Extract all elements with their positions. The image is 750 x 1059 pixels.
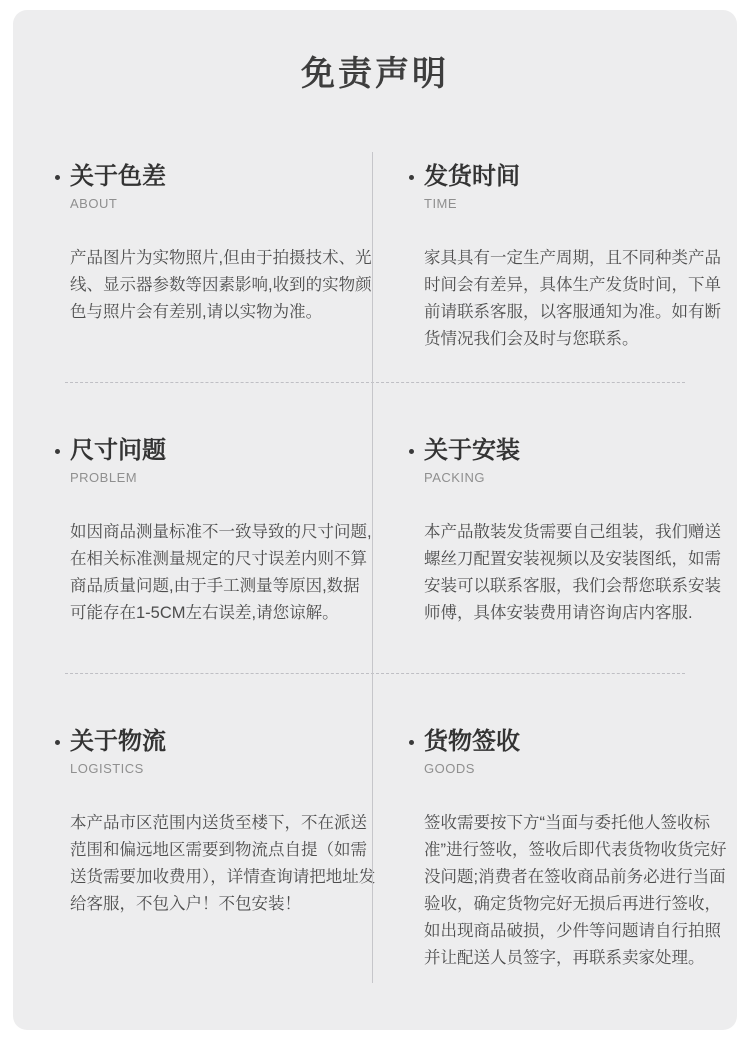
page-title: 免责声明 <box>13 10 737 140</box>
bullet-dot-icon <box>55 740 60 745</box>
section-size-problem: 尺寸问题 PROBLEM 如因商品测量标准不一致导致的尺寸问题,在相关标准测量规… <box>13 382 376 673</box>
section-shipping-time: 发货时间 TIME 家具具有一定生产周期，且不同种类产品时间会有差异，具体生产发… <box>376 140 737 382</box>
disclaimer-card: 免责声明 关于色差 ABOUT 产品图片为实物照片,但由于拍摄技术、光线、显示器… <box>13 10 737 1030</box>
bullet-dot-icon <box>55 449 60 454</box>
section-body: 本产品市区范围内送货至楼下，不在派送范围和偏远地区需要到物流点自提（如需送货需要… <box>70 810 376 918</box>
horizontal-divider-row1 <box>65 382 685 383</box>
section-body: 家具具有一定生产周期，且不同种类产品时间会有差异，具体生产发货时间，下单前请联系… <box>424 245 730 353</box>
section-subtitle: TIME <box>424 196 737 212</box>
section-header: 关于色差 <box>55 164 376 190</box>
section-title: 关于色差 <box>70 164 166 190</box>
section-subtitle: ABOUT <box>70 196 376 212</box>
section-subtitle: PACKING <box>424 470 737 486</box>
bullet-dot-icon <box>409 740 414 745</box>
bullet-dot-icon <box>409 175 414 180</box>
section-header: 关于物流 <box>55 729 376 755</box>
section-header: 发货时间 <box>409 164 737 190</box>
section-color-difference: 关于色差 ABOUT 产品图片为实物照片,但由于拍摄技术、光线、显示器参数等因素… <box>13 140 376 382</box>
section-body: 签收需要按下方“当面与委托他人签收标准”进行签收，签收后即代表货物收货完好没问题… <box>424 810 730 972</box>
section-header: 货物签收 <box>409 729 737 755</box>
section-subtitle: LOGISTICS <box>70 761 376 777</box>
section-header: 尺寸问题 <box>55 438 376 464</box>
section-installation: 关于安装 PACKING 本产品散装发货需要自己组装，我们赠送螺丝刀配置安装视频… <box>376 382 737 673</box>
bullet-dot-icon <box>55 175 60 180</box>
section-title: 关于安装 <box>424 438 520 464</box>
section-body: 如因商品测量标准不一致导致的尺寸问题,在相关标准测量规定的尺寸误差内则不算商品质… <box>70 519 376 627</box>
disclaimer-grid: 关于色差 ABOUT 产品图片为实物照片,但由于拍摄技术、光线、显示器参数等因素… <box>13 140 737 972</box>
section-logistics: 关于物流 LOGISTICS 本产品市区范围内送货至楼下，不在派送范围和偏远地区… <box>13 673 376 972</box>
section-subtitle: GOODS <box>424 761 737 777</box>
vertical-divider <box>372 152 373 983</box>
section-title: 发货时间 <box>424 164 520 190</box>
section-body: 产品图片为实物照片,但由于拍摄技术、光线、显示器参数等因素影响,收到的实物颜色与… <box>70 245 376 326</box>
section-title: 关于物流 <box>70 729 166 755</box>
section-title: 货物签收 <box>424 729 520 755</box>
horizontal-divider-row2 <box>65 673 685 674</box>
section-body: 本产品散装发货需要自己组装，我们赠送螺丝刀配置安装视频以及安装图纸，如需安装可以… <box>424 519 730 627</box>
section-goods-receipt: 货物签收 GOODS 签收需要按下方“当面与委托他人签收标准”进行签收，签收后即… <box>376 673 737 972</box>
section-subtitle: PROBLEM <box>70 470 376 486</box>
section-header: 关于安装 <box>409 438 737 464</box>
bullet-dot-icon <box>409 449 414 454</box>
section-title: 尺寸问题 <box>70 438 166 464</box>
